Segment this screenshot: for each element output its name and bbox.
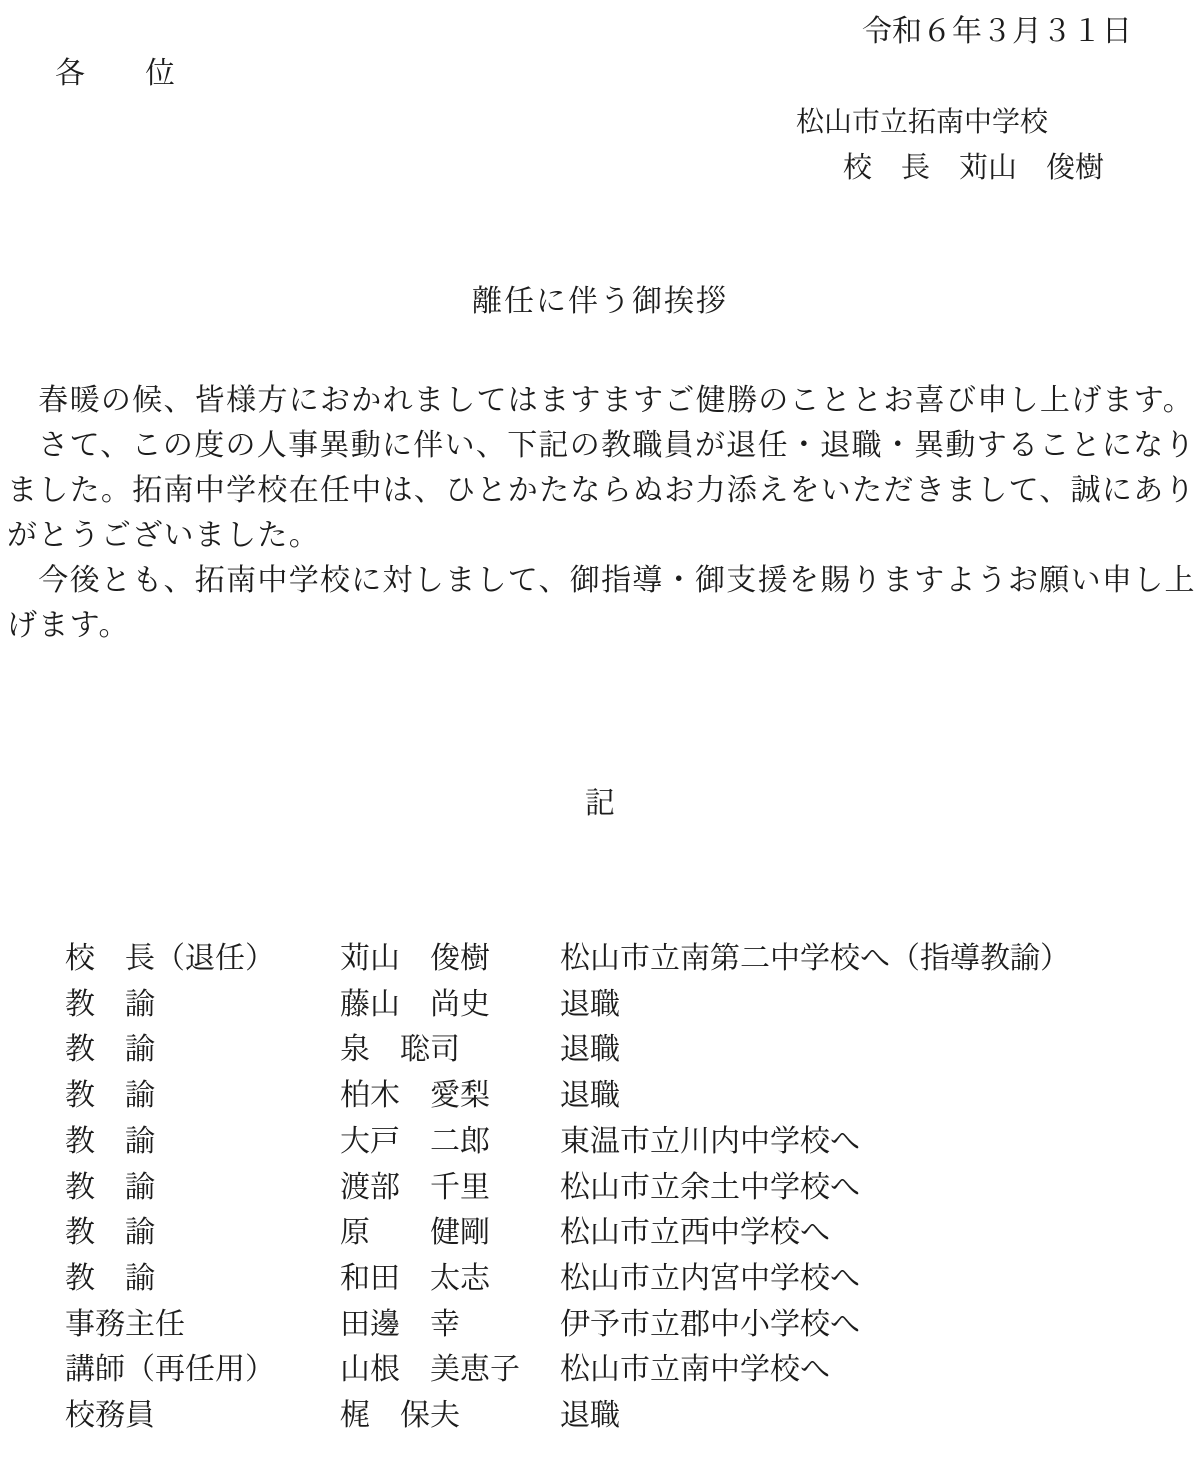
staff-row: 校 長（退任） 苅山 俊樹 松山市立南第二中学校へ（指導教諭） (65, 936, 1170, 982)
staff-row: 教 諭 泉 聡司 退職 (65, 1027, 1170, 1073)
staff-destination: 松山市立南第二中学校へ（指導教諭） (560, 936, 1170, 982)
staff-destination: 退職 (560, 1393, 1170, 1439)
body-text-line: げます。 (7, 603, 1195, 648)
staff-position: 教 諭 (65, 1256, 340, 1302)
staff-destination: 伊予市立郡中小学校へ (560, 1302, 1170, 1348)
staff-destination: 松山市立余土中学校へ (560, 1165, 1170, 1211)
body-text-line: 春暖の候、皆様方におかれましてはますますご健勝のこととお喜び申し上げます。 (7, 378, 1195, 423)
staff-name: 柏木 愛梨 (340, 1073, 560, 1119)
staff-name: 梶 保夫 (340, 1393, 560, 1439)
body-text-line: ました。拓南中学校在任中は、ひとかたならぬお力添えをいただきまして、誠にあり (7, 468, 1195, 513)
staff-row: 校務員 梶 保夫 退職 (65, 1393, 1170, 1439)
staff-row: 教 諭 原 健剛 松山市立西中学校へ (65, 1210, 1170, 1256)
staff-row: 事務主任 田邊 幸 伊予市立郡中小学校へ (65, 1302, 1170, 1348)
document-title: 離任に伴う御挨拶 (0, 284, 1200, 320)
staff-destination: 松山市立内宮中学校へ (560, 1256, 1170, 1302)
staff-position: 校 長（退任） (65, 936, 340, 982)
staff-row: 講師（再任用） 山根 美恵子 松山市立南中学校へ (65, 1347, 1170, 1393)
staff-position: 教 諭 (65, 1073, 340, 1119)
staff-name: 原 健剛 (340, 1210, 560, 1256)
sender-principal-name: 校 長 苅山 俊樹 (0, 151, 1104, 185)
staff-row: 教 諭 大戸 二郎 東温市立川内中学校へ (65, 1119, 1170, 1165)
body-text-line: さて、この度の人事異動に伴い、下記の教職員が退任・退職・異動することになり (7, 423, 1195, 468)
note-mark: 記 (0, 786, 1200, 822)
staff-name: 大戸 二郎 (340, 1119, 560, 1165)
staff-position: 教 諭 (65, 1165, 340, 1211)
staff-position: 事務主任 (65, 1302, 340, 1348)
staff-destination: 退職 (560, 1073, 1170, 1119)
staff-name: 泉 聡司 (340, 1027, 560, 1073)
staff-position: 教 諭 (65, 1210, 340, 1256)
staff-destination: 松山市立南中学校へ (560, 1347, 1170, 1393)
staff-row: 教 諭 渡部 千里 松山市立余土中学校へ (65, 1165, 1170, 1211)
staff-table: 校 長（退任） 苅山 俊樹 松山市立南第二中学校へ（指導教諭） 教 諭 藤山 尚… (65, 936, 1170, 1439)
staff-destination: 退職 (560, 1027, 1170, 1073)
staff-name: 藤山 尚史 (340, 982, 560, 1028)
staff-destination: 松山市立西中学校へ (560, 1210, 1170, 1256)
addressee: 各 位 (55, 56, 175, 92)
staff-destination: 退職 (560, 982, 1170, 1028)
body-text-line: 今後とも、拓南中学校に対しまして、御指導・御支援を賜りますようお願い申し上 (7, 558, 1195, 603)
staff-name: 田邊 幸 (340, 1302, 560, 1348)
staff-position: 教 諭 (65, 1119, 340, 1165)
body-text-line: がとうございました。 (7, 513, 1195, 558)
sender-school-name: 松山市立拓南中学校 (0, 106, 1048, 140)
staff-row: 教 諭 柏木 愛梨 退職 (65, 1073, 1170, 1119)
staff-row: 教 諭 和田 太志 松山市立内宮中学校へ (65, 1256, 1170, 1302)
staff-name: 苅山 俊樹 (340, 936, 560, 982)
body-paragraphs: 春暖の候、皆様方におかれましてはますますご健勝のこととお喜び申し上げます。 さて… (7, 378, 1195, 648)
staff-name: 渡部 千里 (340, 1165, 560, 1211)
staff-name: 山根 美恵子 (340, 1347, 560, 1393)
document-date: 令和６年３月３１日 (0, 14, 1132, 50)
staff-name: 和田 太志 (340, 1256, 560, 1302)
staff-row: 教 諭 藤山 尚史 退職 (65, 982, 1170, 1028)
staff-position: 教 諭 (65, 1027, 340, 1073)
letter-page: 令和６年３月３１日 各 位 松山市立拓南中学校 校 長 苅山 俊樹 離任に伴う御… (0, 0, 1200, 1468)
staff-destination: 東温市立川内中学校へ (560, 1119, 1170, 1165)
staff-position: 講師（再任用） (65, 1347, 340, 1393)
staff-position: 教 諭 (65, 982, 340, 1028)
staff-position: 校務員 (65, 1393, 340, 1439)
